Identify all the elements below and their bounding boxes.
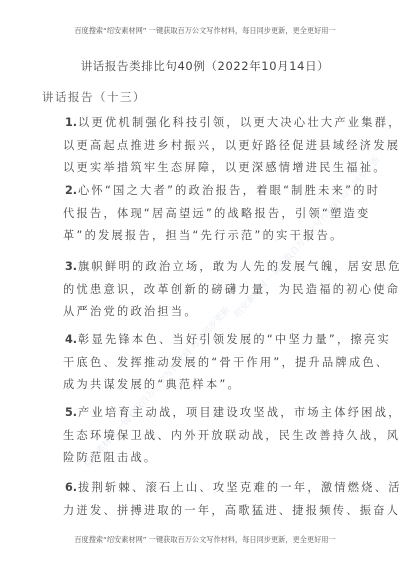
paragraph-number: 2. <box>65 184 77 197</box>
paragraph-2: 2.心怀“国之大者”的政治报告，着眼“制胜未来”的时 代报告，体现“居高望远”的… <box>63 180 363 248</box>
paragraph-number: 1. <box>65 116 77 129</box>
paragraph-number: 6. <box>65 481 77 494</box>
paragraph-5: 5.产业培育主动战，项目建设攻坚战，市场主体纾困战， 生态环境保卫战、内外开放联… <box>63 402 363 470</box>
document-title: 讲话报告类排比句40例（2022年10月14日） <box>0 58 410 74</box>
paragraph-number: 4. <box>65 333 77 346</box>
paragraph-number: 3. <box>65 260 77 273</box>
footer-banner: 百度搜索“绍安素材网” 一键获取百万公文写作材料，每日同步更新，更全更好用一 <box>0 535 410 545</box>
section-heading: 讲话报告（十三） <box>42 89 146 105</box>
paragraph-1: 1.以更优机制强化科技引领，以更大决心壮大产业集群， 以更高起点推进乡村振兴，以… <box>63 112 363 180</box>
paragraph-6: 6.拔荆斩棘、滚石上山、攻坚克难的一年，激情燃烧、活 力迸发、拼搏进取的一年，高… <box>63 477 363 522</box>
header-banner: 百度搜索“绍安素材网” 一键获取百万公文写作材料，每日同步更新，更全更好用一 <box>0 26 410 36</box>
paragraph-4: 4.彰显先锋本色、当好引领发展的“中坚力量”，擦亮实 干底色、发挥推动发展的“骨… <box>63 329 363 397</box>
paragraph-number: 5. <box>65 406 77 419</box>
paragraph-3: 3.旗帜鲜明的政治立场，敢为人先的发展气魄，居安思危 的忧患意识，改革创新的磅礴… <box>63 256 363 324</box>
